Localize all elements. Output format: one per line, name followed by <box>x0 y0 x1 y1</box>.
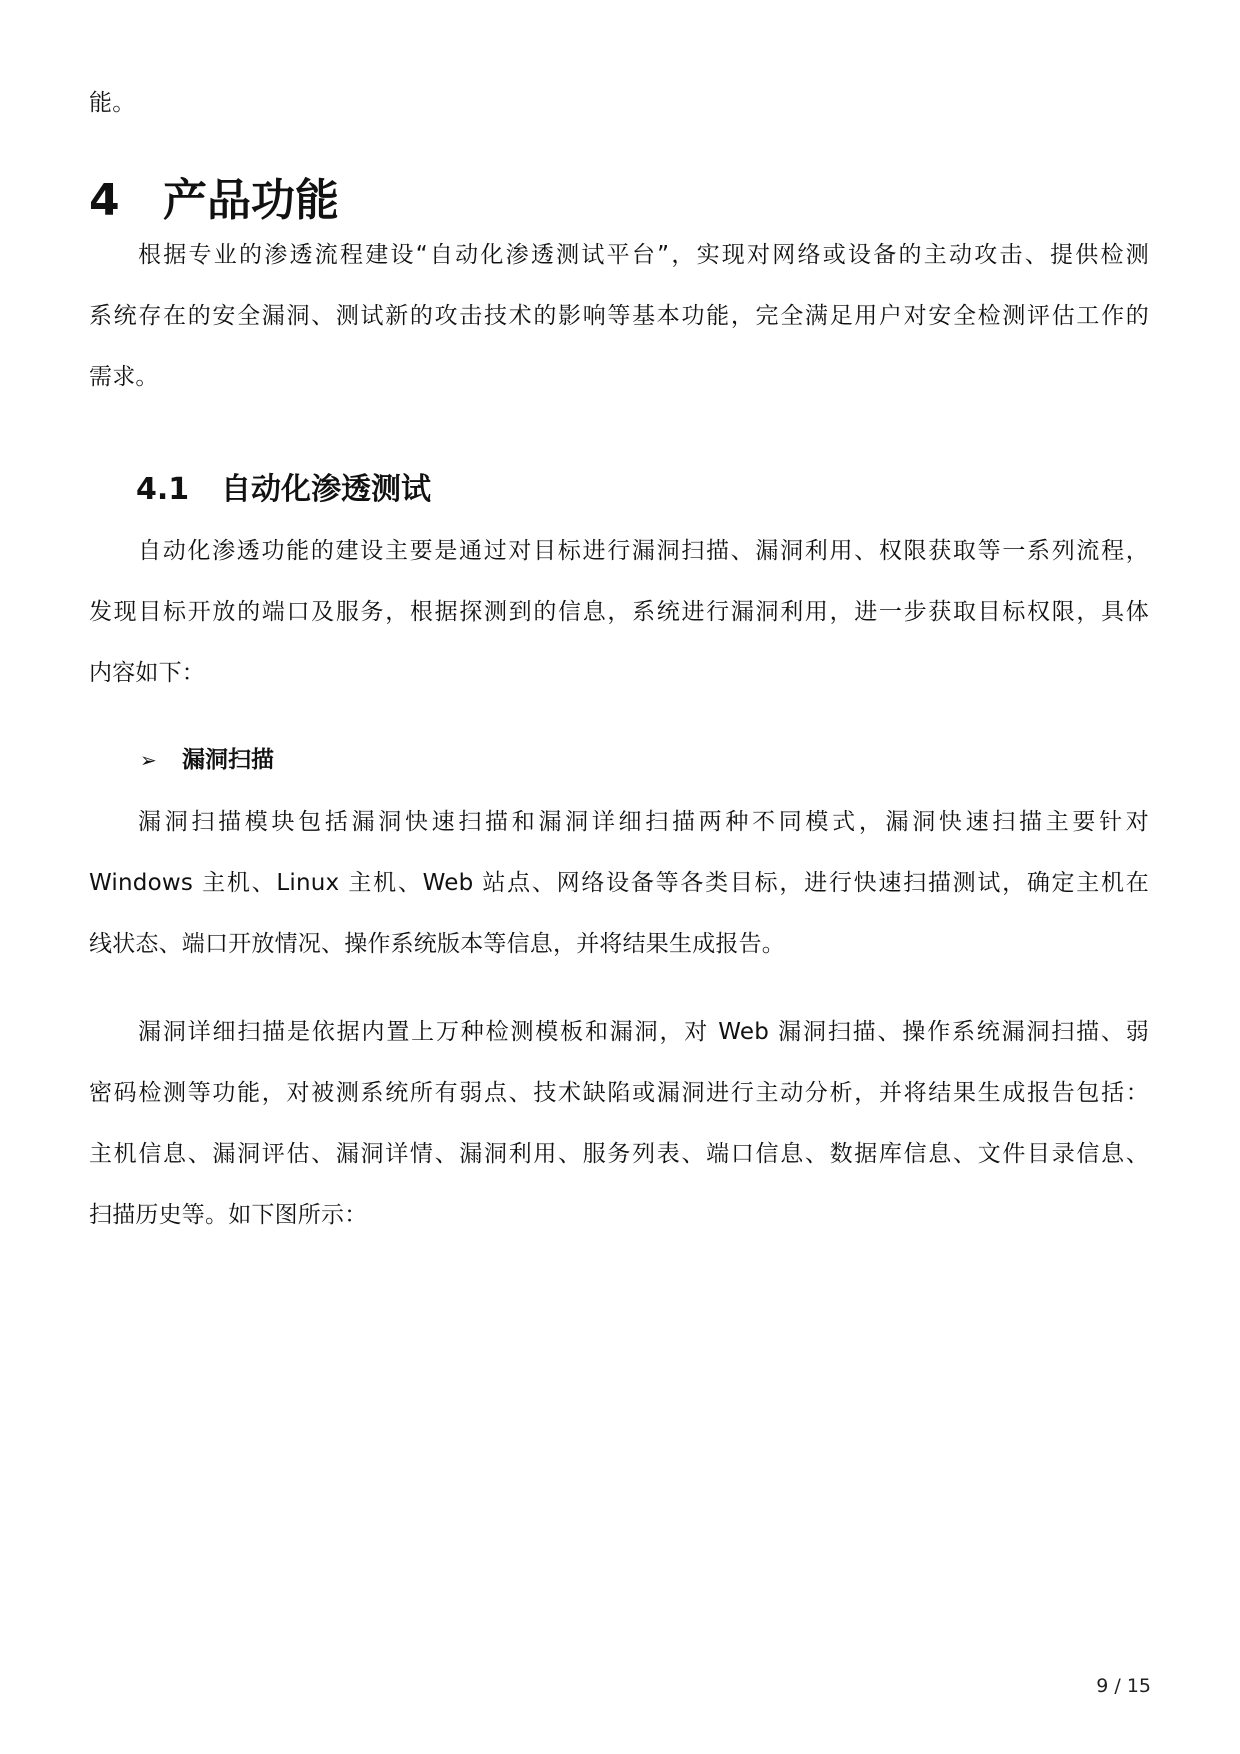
subsection-heading: 4.1自动化渗透测试 <box>136 472 431 508</box>
paragraph2-line-2: 密码检测等功能，对被测系统所有弱点、技术缺陷或漏洞进行主动分析，并将结果生成报告… <box>89 1078 1149 1108</box>
subsection-title: 自动化渗透测试 <box>221 472 431 507</box>
section-intro-line-2: 系统存在的安全漏洞、测试新的攻击技术的影响等基本功能，完全满足用户对安全检测评估… <box>89 301 1149 331</box>
section-number: 4 <box>89 176 163 226</box>
bullet-item-vuln-scan: ➢漏洞扫描 <box>140 745 274 775</box>
section-heading: 4产品功能 <box>89 176 339 226</box>
arrow-bullet-icon: ➢ <box>140 745 182 775</box>
page-number: 9 / 15 <box>1096 1674 1151 1698</box>
section-intro-line-1: 根据专业的渗透流程建设“自动化渗透测试平台”，实现对网络或设备的主动攻击、提供检… <box>138 240 1149 270</box>
subsection-number: 4.1 <box>136 472 221 508</box>
section-title: 产品功能 <box>163 175 339 226</box>
subsection-intro-line-2: 发现目标开放的端口及服务，根据探测到的信息，系统进行漏洞利用，进一步获取目标权限… <box>89 597 1149 627</box>
paragraph1-line-2: Windows 主机、Linux 主机、Web 站点、网络设备等各类目标，进行快… <box>89 868 1149 898</box>
paragraph2-line-3: 主机信息、漏洞评估、漏洞详情、漏洞利用、服务列表、端口信息、数据库信息、文件目录… <box>89 1139 1149 1169</box>
subsection-intro-line-1: 自动化渗透功能的建设主要是通过对目标进行漏洞扫描、漏洞利用、权限获取等一系列流程… <box>138 536 1149 566</box>
paragraph1-line-3: 线状态、端口开放情况、操作系统版本等信息，并将结果生成报告。 <box>89 929 1149 959</box>
continuation-text: 能。 <box>89 88 1149 118</box>
paragraph1-line-1: 漏洞扫描模块包括漏洞快速扫描和漏洞详细扫描两种不同模式，漏洞快速扫描主要针对 <box>138 807 1149 837</box>
section-intro-line-3: 需求。 <box>89 362 1149 392</box>
paragraph2-line-4: 扫描历史等。如下图所示： <box>89 1200 1149 1230</box>
subsection-intro-line-3: 内容如下： <box>89 658 1149 688</box>
bullet-label: 漏洞扫描 <box>182 747 274 773</box>
paragraph2-line-1: 漏洞详细扫描是依据内置上万种检测模板和漏洞，对 Web 漏洞扫描、操作系统漏洞扫… <box>138 1017 1149 1047</box>
document-page: 能。 4产品功能 根据专业的渗透流程建设“自动化渗透测试平台”，实现对网络或设备… <box>0 0 1240 1754</box>
